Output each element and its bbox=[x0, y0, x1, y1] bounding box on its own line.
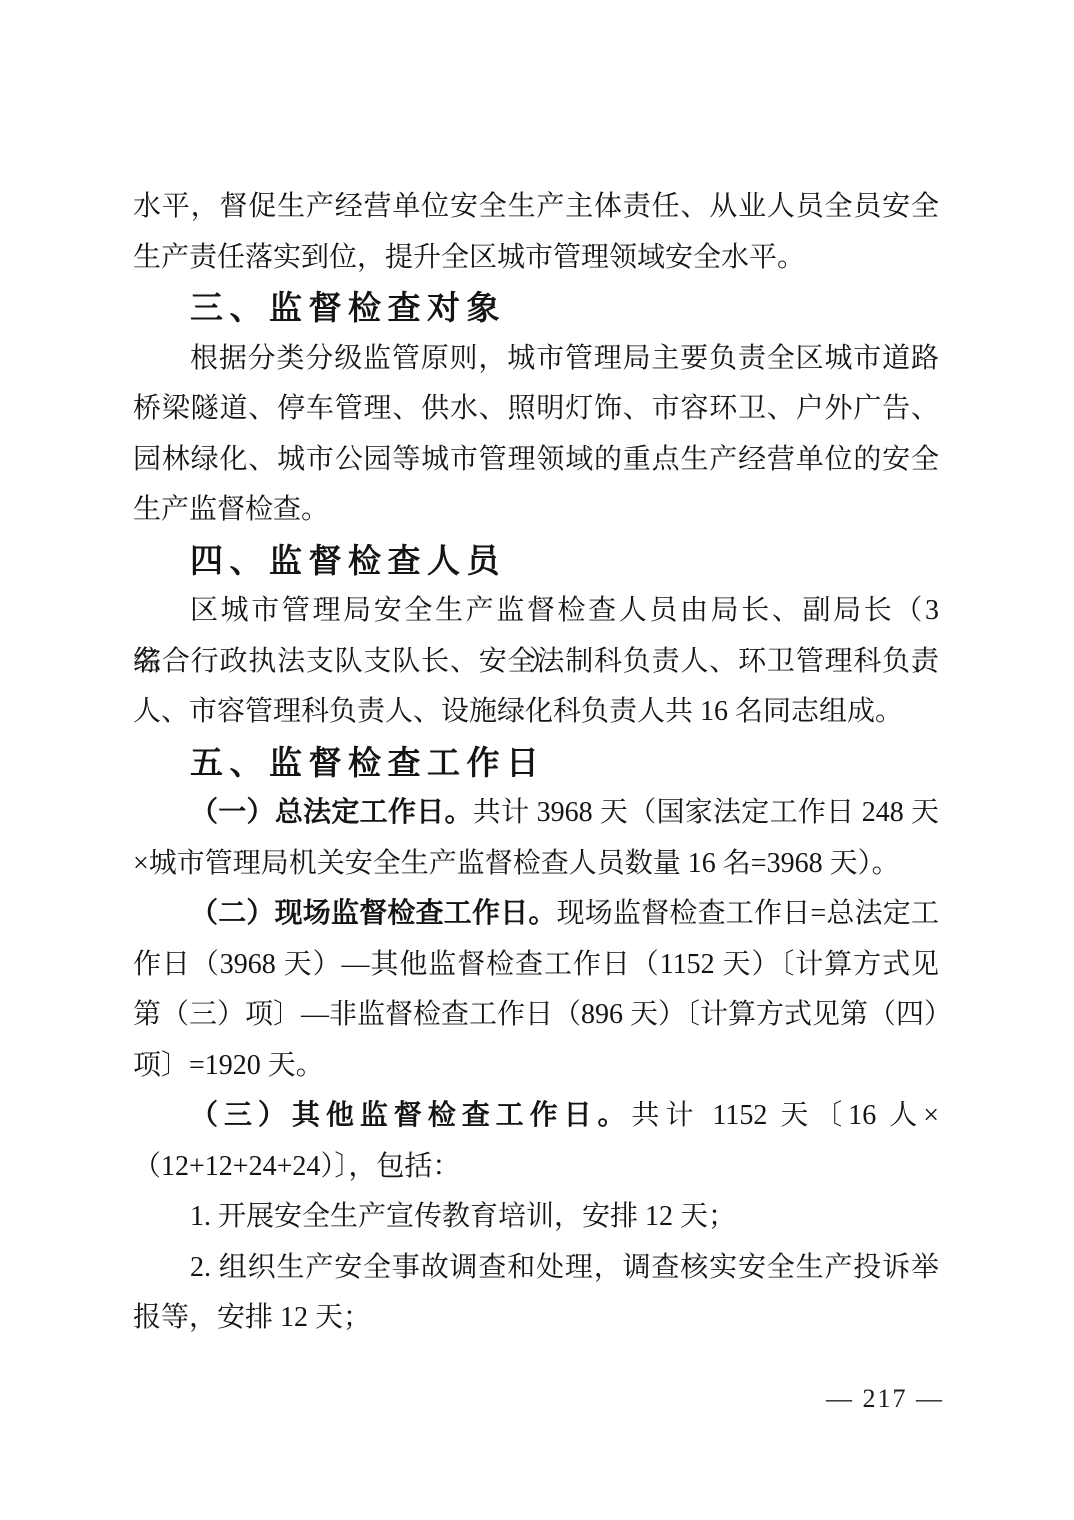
document-page: 水平，督促生产经营单位安全生产主体责任、从业人员全员安全生产责任落实到位，提升全… bbox=[0, 0, 1074, 1520]
body-text: 项〕=1920 天。 bbox=[133, 1050, 324, 1081]
body-text: 生产监督检查。 bbox=[133, 494, 329, 525]
text-line: （三）其他监督检查工作日。共计 1152 天〔16 人× bbox=[133, 1091, 939, 1142]
bold-lead-text: （二）现场监督检查工作日。 bbox=[190, 898, 557, 929]
text-line: （一）总法定工作日。共计 3968 天（国家法定工作日 248 天 bbox=[133, 788, 939, 839]
text-line: （12+12+24+24）〕，包括： bbox=[133, 1142, 939, 1193]
document-body: 水平，督促生产经营单位安全生产主体责任、从业人员全员安全生产责任落实到位，提升全… bbox=[133, 182, 939, 1344]
text-line: 根据分类分级监管原则，城市管理局主要负责全区城市道路 bbox=[133, 334, 939, 385]
body-text: 园林绿化、城市公园等城市管理领域的重点生产经营单位的安全 bbox=[133, 444, 939, 475]
text-line: 2. 组织生产安全事故调查和处理，调查核实安全生产投诉举 bbox=[133, 1243, 939, 1294]
body-text: 2. 组织生产安全事故调查和处理，调查核实安全生产投诉举 bbox=[190, 1252, 939, 1283]
text-line: ×城市管理局机关安全生产监督检查人员数量 16 名=3968 天）。 bbox=[133, 839, 939, 890]
text-line: 报等，安排 12 天； bbox=[133, 1293, 939, 1344]
text-line: 区城市管理局安全生产监督检查人员由局长、副局长（3 名）、 bbox=[133, 586, 939, 637]
body-text: 报等，安排 12 天； bbox=[133, 1302, 371, 1333]
text-line: 桥梁隧道、停车管理、供水、照明灯饰、市容环卫、户外广告、 bbox=[133, 384, 939, 435]
body-text: 五、监督检查工作日 bbox=[190, 744, 546, 781]
body-text: 共计 3968 天（国家法定工作日 248 天 bbox=[473, 797, 939, 828]
body-text: 根据分类分级监管原则，城市管理局主要负责全区城市道路 bbox=[190, 343, 939, 374]
body-text: 综合行政执法支队支队长、安全法制科负责人、环卫管理科负责 bbox=[133, 646, 939, 677]
body-text: 1. 开展安全生产宣传教育培训，安排 12 天； bbox=[190, 1201, 736, 1232]
body-text: ×城市管理局机关安全生产监督检查人员数量 16 名=3968 天）。 bbox=[133, 848, 900, 879]
body-text: 作日（3968 天）—其他监督检查工作日（1152 天）〔计算方式见 bbox=[133, 949, 939, 980]
text-line: 作日（3968 天）—其他监督检查工作日（1152 天）〔计算方式见 bbox=[133, 940, 939, 991]
bold-lead-text: （三）其他监督检查工作日。 bbox=[190, 1100, 632, 1131]
bold-lead-text: （一）总法定工作日。 bbox=[190, 797, 473, 828]
page-footer: — 217 — bbox=[826, 1384, 944, 1414]
text-line: 项〕=1920 天。 bbox=[133, 1041, 939, 1092]
text-line: 生产监督检查。 bbox=[133, 485, 939, 536]
body-text: 人、市容管理科负责人、设施绿化科负责人共 16 名同志组成。 bbox=[133, 696, 903, 727]
body-text: 水平，督促生产经营单位安全生产主体责任、从业人员全员安全 bbox=[133, 191, 939, 222]
text-line: 综合行政执法支队支队长、安全法制科负责人、环卫管理科负责 bbox=[133, 637, 939, 688]
body-text: 第（三）项〕—非监督检查工作日（896 天）〔计算方式见第（四） bbox=[133, 999, 952, 1030]
body-text: 生产责任落实到位，提升全区城市管理领域安全水平。 bbox=[133, 242, 805, 273]
page-number: — 217 — bbox=[826, 1384, 944, 1413]
text-line: 生产责任落实到位，提升全区城市管理领域安全水平。 bbox=[133, 233, 939, 284]
section-heading: 三、监督检查对象 bbox=[133, 283, 939, 334]
body-text: 现场监督检查工作日=总法定工 bbox=[557, 898, 939, 929]
body-text: （12+12+24+24）〕，包括： bbox=[133, 1151, 460, 1182]
section-heading: 五、监督检查工作日 bbox=[133, 738, 939, 789]
text-line: （二）现场监督检查工作日。现场监督检查工作日=总法定工 bbox=[133, 889, 939, 940]
section-heading: 四、监督检查人员 bbox=[133, 536, 939, 587]
body-text: 四、监督检查人员 bbox=[190, 542, 506, 579]
text-line: 人、市容管理科负责人、设施绿化科负责人共 16 名同志组成。 bbox=[133, 687, 939, 738]
body-text: 三、监督检查对象 bbox=[190, 289, 506, 326]
text-line: 第（三）项〕—非监督检查工作日（896 天）〔计算方式见第（四） bbox=[133, 990, 939, 1041]
body-text: 桥梁隧道、停车管理、供水、照明灯饰、市容环卫、户外广告、 bbox=[133, 393, 939, 424]
text-line: 园林绿化、城市公园等城市管理领域的重点生产经营单位的安全 bbox=[133, 435, 939, 486]
text-line: 1. 开展安全生产宣传教育培训，安排 12 天； bbox=[133, 1192, 939, 1243]
text-line: 水平，督促生产经营单位安全生产主体责任、从业人员全员安全 bbox=[133, 182, 939, 233]
body-text: 共计 1152 天〔16 人× bbox=[632, 1100, 939, 1131]
